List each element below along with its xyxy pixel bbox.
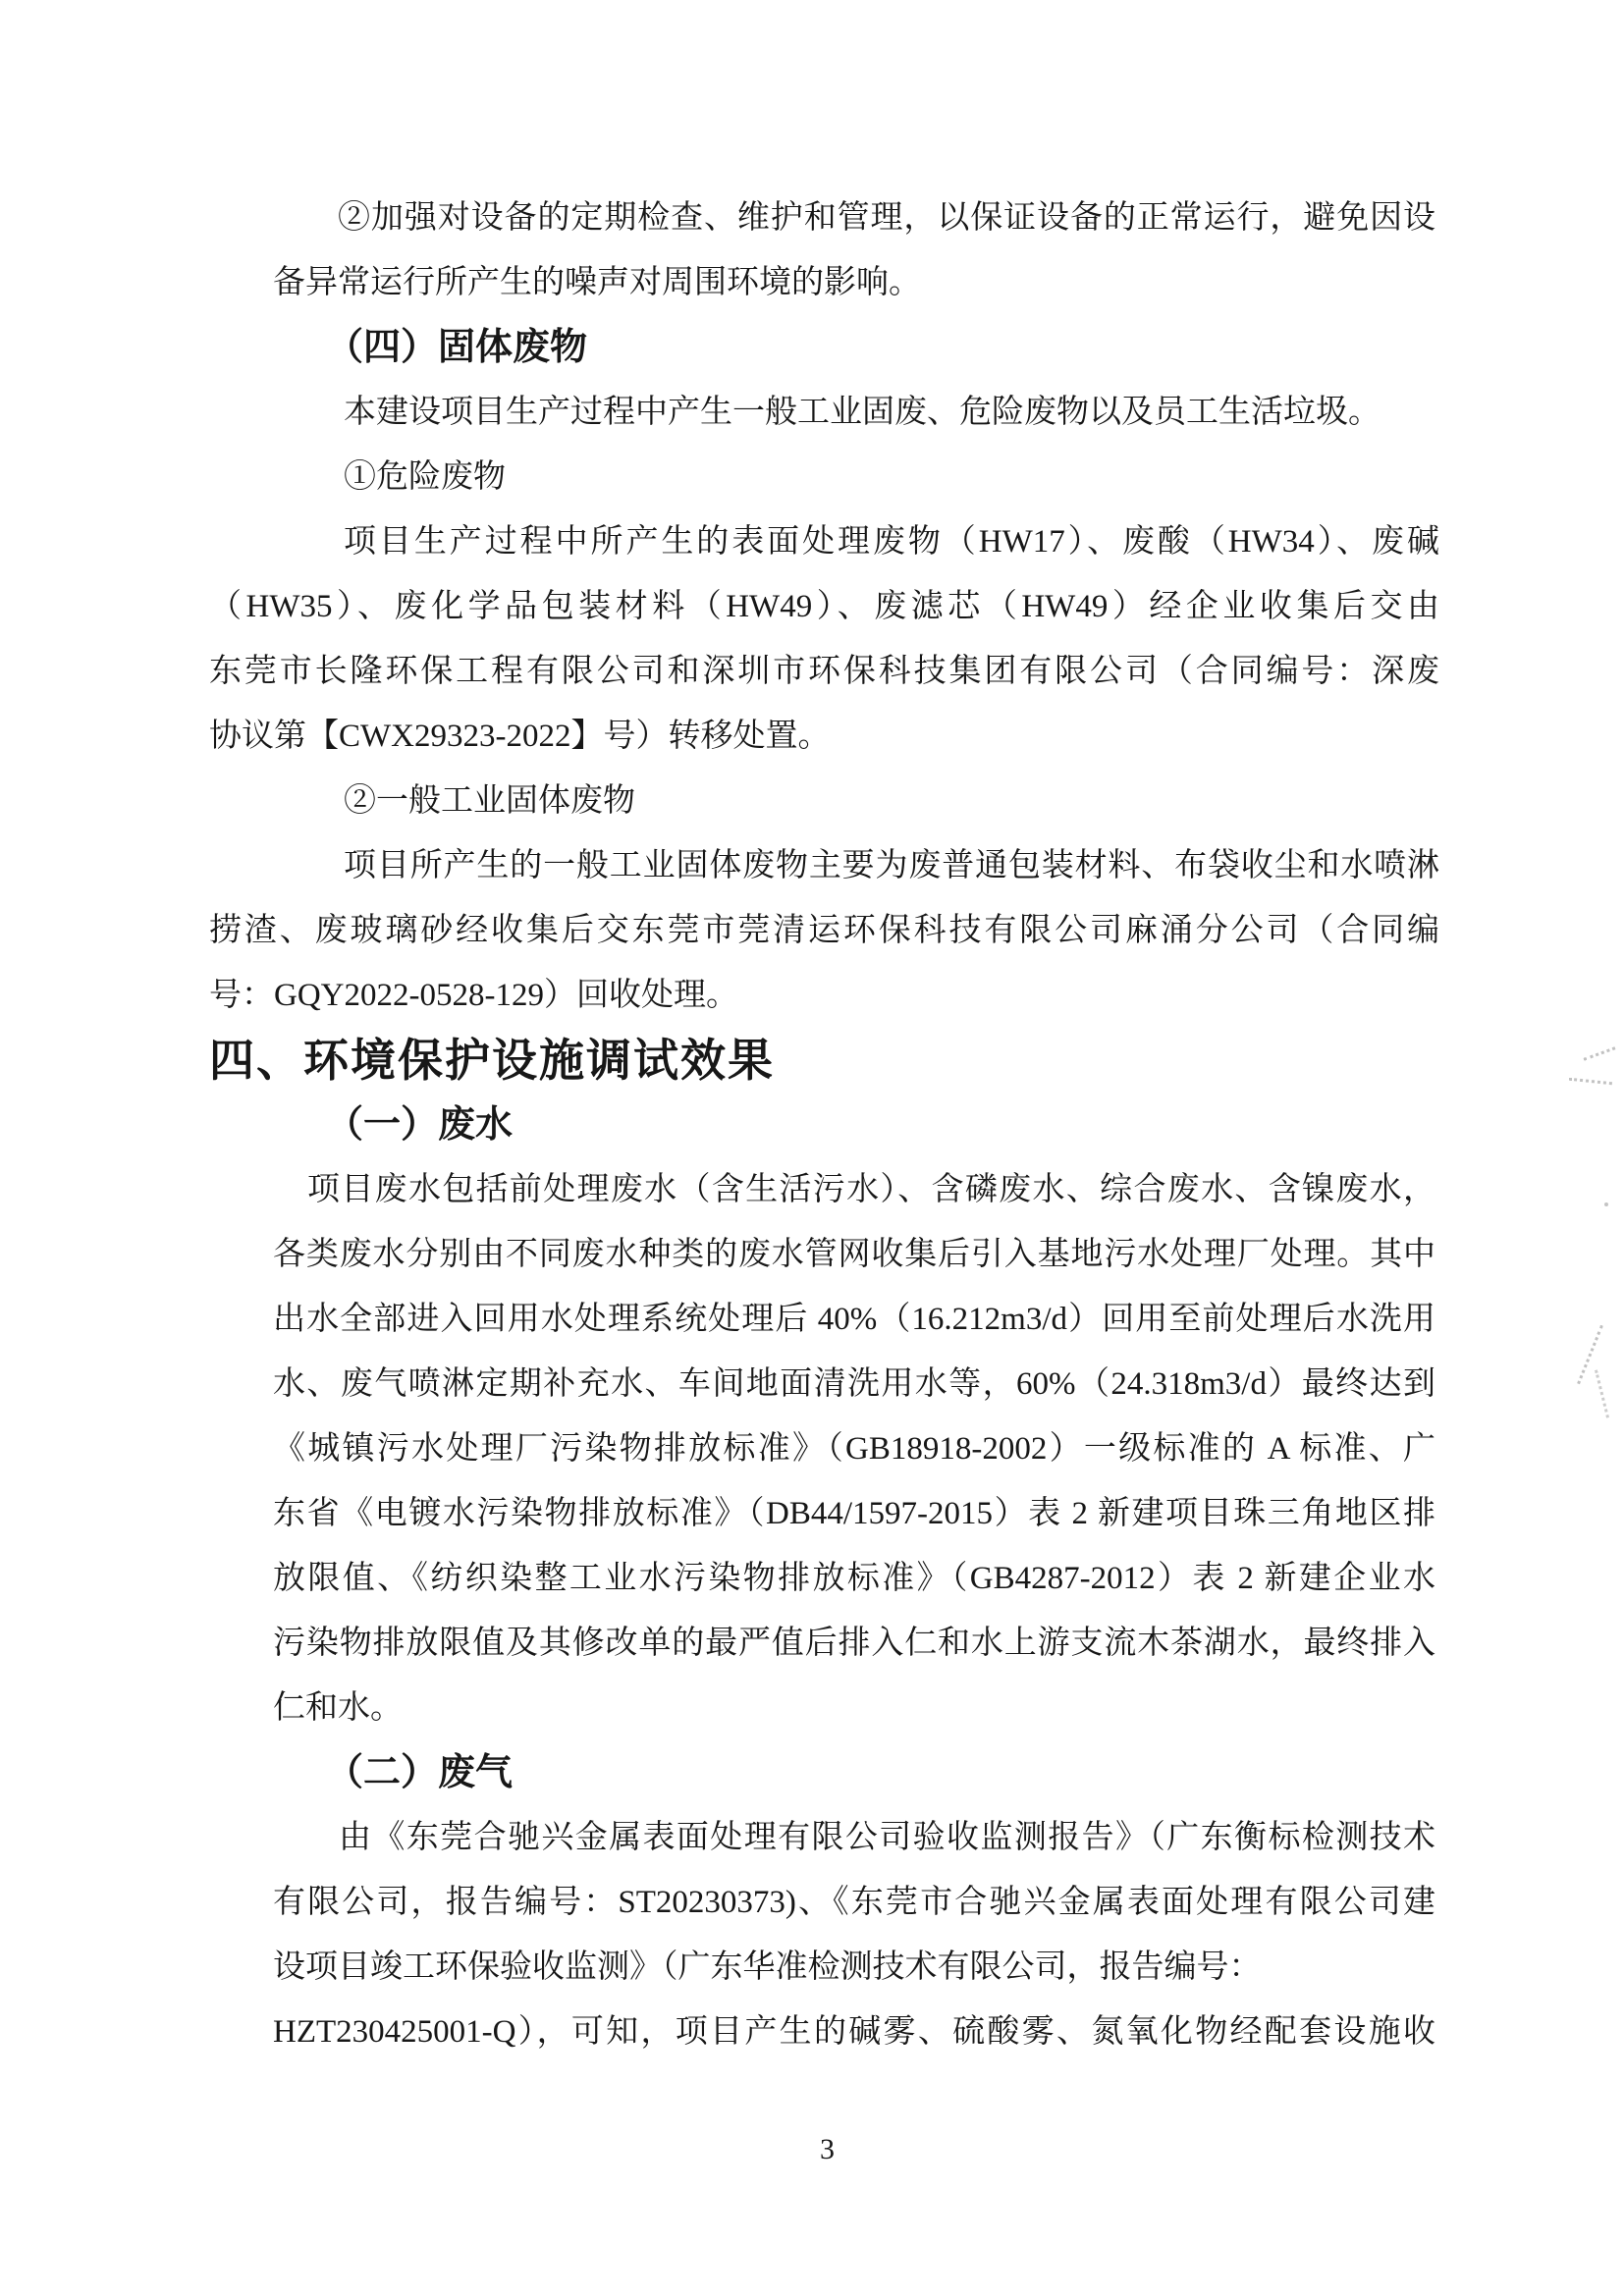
text-line: 各类废水分别由不同废水种类的废水管网收集后引入基地污水处理厂处理。其中 [273, 1222, 1435, 1287]
text-line: （HW35）、废化学品包装材料（HW49）、废滤芯（HW49）经企业收集后交由 [209, 574, 1439, 639]
text-line: ②加强对设备的定期检查、维护和管理，以保证设备的正常运行，避免因设 [273, 186, 1435, 250]
text-line: 项目废水包括前处理废水（含生活污水）、含磷废水、综合废水、含镍废水， [273, 1157, 1435, 1222]
text-line: 东省《电镀水污染物排放标准》（DB44/1597-2015）表 2 新建项目珠三… [273, 1481, 1435, 1546]
text-line: 项目所产生的一般工业固体废物主要为废普通包装材料、布袋收尘和水喷淋 [209, 833, 1439, 898]
text-line: 《城镇污水处理厂污染物排放标准》（GB18918-2002）一级标准的 A 标准… [273, 1416, 1435, 1481]
subheading-general-industrial-waste: ②一般工业固体废物 [209, 769, 1439, 833]
text-line: 出水全部进入回用水处理系统处理后 40%（16.212m3/d）回用至前处理后水… [273, 1287, 1435, 1352]
text-line: 本建设项目生产过程中产生一般工业固废、危险废物以及员工生活垃圾。 [209, 380, 1439, 445]
text-line: 放限值、《纺织染整工业水污染物排放标准》（GB4287-2012）表 2 新建企… [273, 1546, 1435, 1611]
document-page: ②加强对设备的定期检查、维护和管理，以保证设备的正常运行，避免因设 备异常运行所… [0, 0, 1624, 2296]
page-number: 3 [820, 2130, 859, 2169]
subheading-hazardous-waste: ①危险废物 [209, 445, 1439, 509]
text-line: 东莞市长隆环保工程有限公司和深圳市环保科技集团有限公司（合同编号：深废 [209, 639, 1439, 704]
text-line: 协议第【CWX29323-2022】号）转移处置。 [209, 704, 1439, 769]
text-line: 项目生产过程中所产生的表面处理废物（HW17）、废酸（HW34）、废碱 [209, 509, 1439, 574]
text-line: 由《东莞合驰兴金属表面处理有限公司验收监测报告》（广东衡标检测技术 [273, 1805, 1435, 1870]
text-line: HZT230425001-Q），可知，项目产生的碱雾、硫酸雾、氮氧化物经配套设施… [273, 2000, 1435, 2064]
text-line: 捞渣、废玻璃砂经收集后交东莞市莞清运环保科技有限公司麻涌分公司（合同编 [209, 898, 1439, 963]
text-line: 水、废气喷淋定期补充水、车间地面清洗用水等，60%（24.318m3/d）最终达… [273, 1352, 1435, 1416]
text-line: 仁和水。 [273, 1676, 1435, 1740]
heading-waste-gas: （二）废气 [209, 1740, 1439, 1805]
document-text-block: ②加强对设备的定期检查、维护和管理，以保证设备的正常运行，避免因设 备异常运行所… [0, 186, 1624, 2064]
scan-artifact [1604, 1202, 1608, 1206]
text-line: 备异常运行所产生的噪声对周围环境的影响。 [273, 250, 1435, 315]
heading-section-4-commissioning-results: 四、环境保护设施调试效果 [209, 1028, 1439, 1093]
text-line: 号：GQY2022-0528-129）回收处理。 [209, 963, 1439, 1028]
heading-solid-waste: （四）固体废物 [209, 315, 1439, 380]
text-line: 设项目竣工环保验收监测》（广东华准检测技术有限公司，报告编号： [273, 1935, 1435, 2000]
text-line: 污染物排放限值及其修改单的最严值后排入仁和水上游支流木茶湖水，最终排入 [273, 1611, 1435, 1676]
heading-wastewater: （一）废水 [209, 1093, 1439, 1157]
text-line: 有限公司，报告编号：ST20230373)、《东莞市合驰兴金属表面处理有限公司建 [273, 1870, 1435, 1935]
